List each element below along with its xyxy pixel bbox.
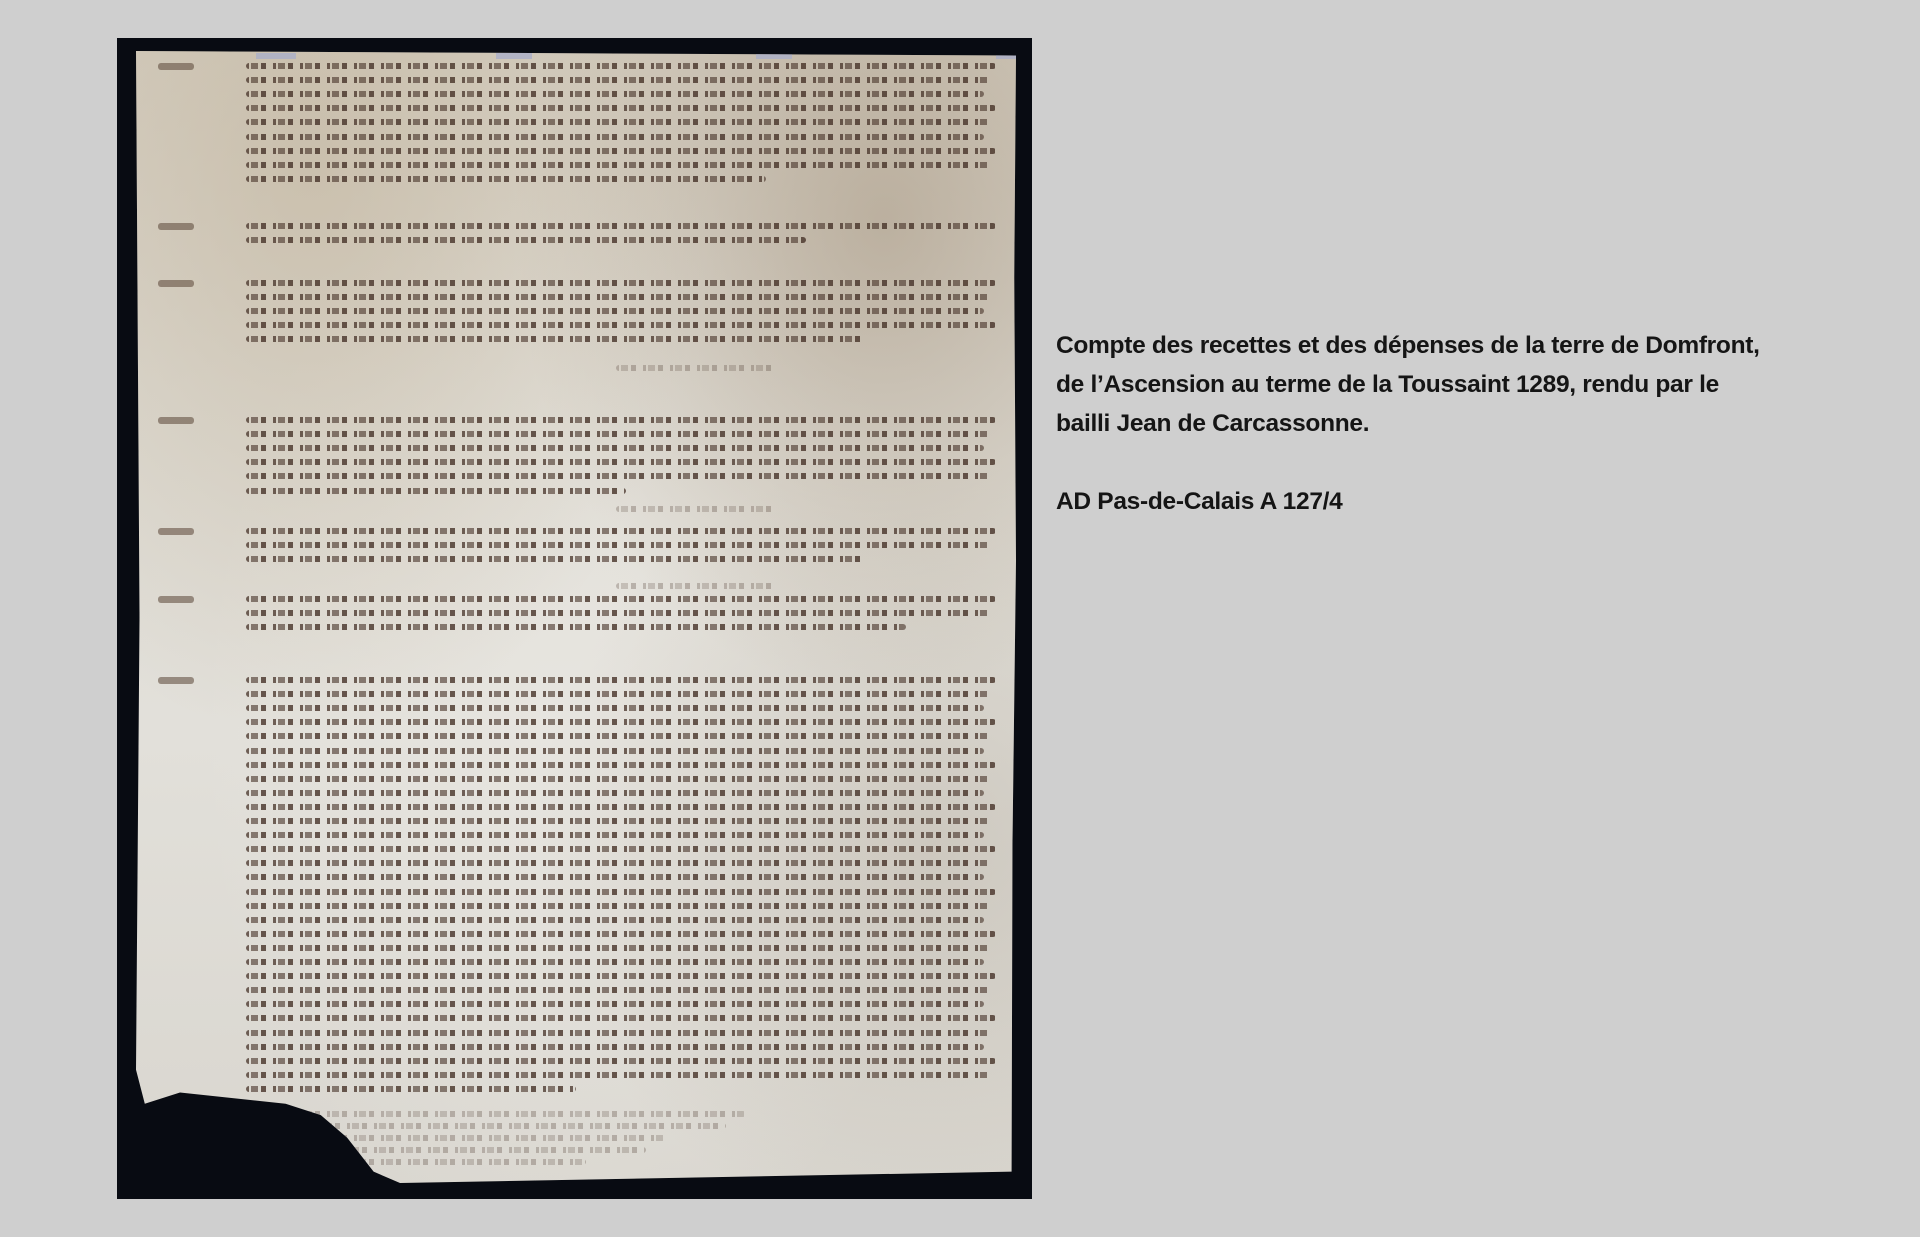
manuscript-text-line (246, 280, 996, 286)
manuscript-text-line (246, 790, 984, 796)
manuscript-text-line (246, 705, 984, 711)
manuscript-text-line (246, 1030, 990, 1036)
margin-heading (158, 417, 194, 424)
manuscript-text-line (246, 488, 626, 494)
manuscript-text-line (246, 473, 990, 479)
manuscript-text-line (246, 874, 984, 880)
manuscript-text-line (246, 818, 990, 824)
manuscript-faint-line (266, 1123, 726, 1129)
manuscript-text-line (246, 973, 996, 979)
manuscript-text-line (246, 1015, 996, 1021)
manuscript-text-line (246, 162, 990, 168)
caption-line-3: bailli Jean de Carcassonne. (1056, 404, 1876, 443)
manuscript-text-line (246, 987, 990, 993)
manuscript-text-line (246, 1072, 990, 1078)
manuscript-faint-line (246, 1111, 746, 1117)
manuscript-text-line (246, 431, 990, 437)
manuscript-subheading (616, 365, 776, 371)
manuscript-text-line (246, 762, 996, 768)
manuscript-text-line (246, 1058, 996, 1064)
manuscript-text-line (246, 889, 996, 895)
manuscript-text-line (246, 804, 996, 810)
manuscript-text-line (246, 1001, 984, 1007)
manuscript-text-line (246, 959, 984, 965)
manuscript-text-line (246, 748, 984, 754)
manuscript-text-line (246, 417, 996, 423)
manuscript-faint-line (246, 1135, 666, 1141)
manuscript-text-line (246, 91, 984, 97)
manuscript-text-line (246, 846, 996, 852)
manuscript-text-line (246, 776, 990, 782)
manuscript-text-line (246, 832, 984, 838)
tape-strip (496, 53, 532, 59)
manuscript-faint-line (266, 1147, 646, 1153)
manuscript-text-line (246, 105, 996, 111)
manuscript-text-line (246, 691, 990, 697)
archive-reference: AD Pas-de-Calais A 127/4 (1056, 482, 1876, 521)
manuscript-faint-line (246, 1159, 586, 1165)
manuscript-text-line (246, 119, 990, 125)
manuscript-text-line (246, 294, 990, 300)
margin-heading (158, 280, 194, 287)
manuscript-text-line (246, 903, 990, 909)
tape-strip (756, 53, 792, 59)
margin-heading (158, 63, 194, 70)
manuscript-text-line (246, 677, 996, 683)
margin-heading (158, 677, 194, 684)
manuscript-text-line (246, 77, 990, 83)
manuscript-text-line (246, 1086, 576, 1092)
manuscript-text-line (246, 596, 996, 602)
caption-line-2: de l’Ascension au terme de la Toussaint … (1056, 365, 1876, 404)
margin-heading (158, 596, 194, 603)
manuscript-text-line (246, 445, 984, 451)
manuscript-text-line (246, 148, 996, 154)
manuscript-photo (117, 38, 1032, 1199)
manuscript-text-line (246, 917, 984, 923)
manuscript-text-line (246, 860, 990, 866)
manuscript-text-line (246, 556, 866, 562)
manuscript-text-line (246, 322, 996, 328)
manuscript-text-line (246, 1044, 984, 1050)
manuscript-text-line (246, 176, 766, 182)
manuscript-subheading (616, 583, 776, 589)
manuscript-text-line (246, 308, 984, 314)
manuscript-text-line (246, 63, 996, 69)
caption: Compte des recettes et des dépenses de l… (1056, 326, 1876, 521)
manuscript-text-line (246, 459, 996, 465)
manuscript-text-line (246, 719, 996, 725)
manuscript-text-line (246, 542, 990, 548)
manuscript-subheading (616, 506, 776, 512)
tape-strip (256, 53, 296, 59)
margin-heading (158, 223, 194, 230)
manuscript-text-line (246, 945, 990, 951)
caption-line-1: Compte des recettes et des dépenses de l… (1056, 326, 1876, 365)
manuscript-text-line (246, 223, 996, 229)
parchment-sheet (136, 51, 1016, 1183)
manuscript-text-line (246, 610, 990, 616)
tape-strip (996, 53, 1016, 59)
manuscript-text-line (246, 528, 996, 534)
manuscript-text-line (246, 336, 866, 342)
manuscript-text-line (246, 733, 990, 739)
margin-heading (158, 528, 194, 535)
manuscript-text-line (246, 237, 806, 243)
manuscript-text-line (246, 624, 906, 630)
manuscript-text-line (246, 134, 984, 140)
manuscript-text-line (246, 931, 996, 937)
